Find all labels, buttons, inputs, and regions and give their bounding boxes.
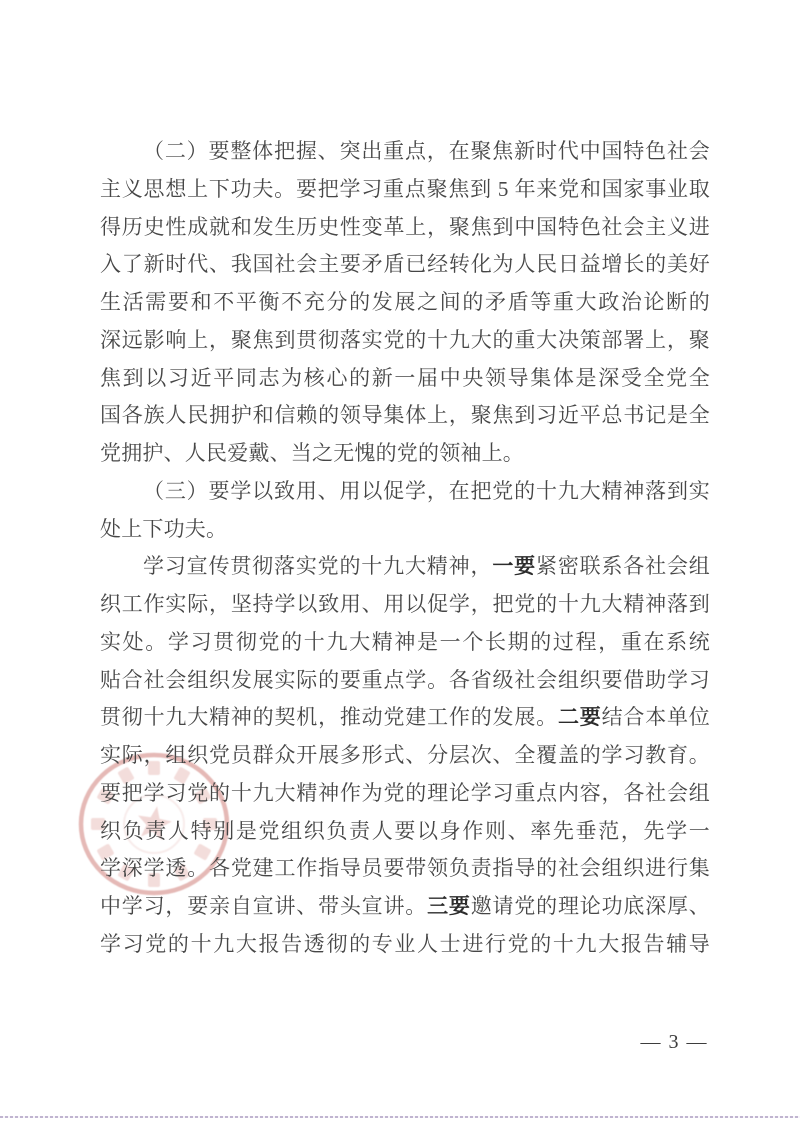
body-text: 学习党的十九大报告透彻的专业人士进行党的十九大报告辅导: [100, 932, 710, 956]
body-text: 实际，组织党员群众开展多形式、分层次、全覆盖的学习教育。: [100, 743, 710, 767]
body-text: 学深学透。各党建工作指导员要带领负责指导的社会组织进行集: [100, 856, 710, 880]
body-text: 处上下功夫。: [100, 517, 227, 541]
body-text: 结合本单位: [602, 705, 710, 729]
text-line: 贴合社会组织发展实际的要重点学。各省级社会组织要借助学习: [100, 662, 710, 700]
text-line: 焦到以习近平同志为核心的新一届中央领导集体是深受全党全: [100, 360, 710, 398]
body-text: 中学习，要亲自宣讲、带头宣讲。: [100, 894, 427, 918]
text-line: 中学习，要亲自宣讲、带头宣讲。三要邀请党的理论功底深厚、: [100, 888, 710, 926]
text-line: 学习宣传贯彻落实党的十九大精神，一要紧密联系各社会组: [100, 548, 710, 586]
body-text: 织负责人特别是党组织负责人要以身作则、率先垂范，先学一步、: [100, 819, 710, 851]
page-number: — 3 —: [641, 1031, 709, 1054]
text-line: 深远影响上，聚焦到贯彻落实党的十九大的重大决策部署上，聚: [100, 322, 710, 360]
body-text: 国各族人民拥护和信赖的领导集体上，聚焦到习近平总书记是全: [100, 403, 710, 427]
body-text: 实处。学习贯彻党的十九大精神是一个长期的过程，重在系统学，: [100, 630, 710, 662]
text-line: 生活需要和不平衡不充分的发展之间的矛盾等重大政治论断的: [100, 284, 710, 322]
body-text: 紧密联系各社会组: [536, 554, 710, 578]
text-line: 主义思想上下功夫。要把学习重点聚焦到 5 年来党和国家事业取: [100, 171, 710, 209]
text-line: 得历史性成就和发生历史性变革上，聚焦到中国特色社会主义进: [100, 209, 710, 247]
text-line: 实际，组织党员群众开展多形式、分层次、全覆盖的学习教育。: [100, 737, 710, 775]
text-line: （三）要学以致用、用以促学，在把党的十九大精神落到实: [100, 473, 710, 511]
text-line: 织工作实际，坚持学以致用、用以促学，把党的十九大精神落到: [100, 586, 710, 624]
text-line: 国各族人民拥护和信赖的领导集体上，聚焦到习近平总书记是全: [100, 397, 710, 435]
text-line: 学深学透。各党建工作指导员要带领负责指导的社会组织进行集: [100, 850, 710, 888]
body-text: 织工作实际，坚持学以致用、用以促学，把党的十九大精神落到: [100, 592, 710, 616]
text-line: （二）要整体把握、突出重点，在聚焦新时代中国特色社会: [100, 133, 710, 171]
text-line: 织负责人特别是党组织负责人要以身作则、率先垂范，先学一步、: [100, 813, 710, 851]
body-text: 学习宣传贯彻落实党的十九大精神，: [143, 554, 492, 578]
text-line: 处上下功夫。: [100, 511, 710, 549]
text-line: 贯彻十九大精神的契机，推动党建工作的发展。二要结合本单位: [100, 699, 710, 737]
body-text: 主义思想上下功夫。要把学习重点聚焦到 5 年来党和国家事业取: [100, 177, 710, 201]
body-text: 焦到以习近平同志为核心的新一届中央领导集体是深受全党全: [100, 366, 710, 390]
body-text: （二）要整体把握、突出重点，在聚焦新时代中国特色社会: [143, 139, 710, 163]
body-text: 贯彻十九大精神的契机，推动党建工作的发展。: [100, 705, 558, 729]
text-line: 党拥护、人民爱戴、当之无愧的党的领袖上。: [100, 435, 710, 473]
body-text: 邀请党的理论功底深厚、: [471, 894, 710, 918]
body-text: （三）要学以致用、用以促学，在把党的十九大精神落到实: [143, 479, 710, 503]
text-line: 学习党的十九大报告透彻的专业人士进行党的十九大报告辅导: [100, 926, 710, 964]
body-text: 入了新时代、我国社会主要矛盾已经转化为人民日益增长的美好: [100, 252, 710, 276]
body-text: 贴合社会组织发展实际的要重点学。各省级社会组织要借助学习: [100, 668, 710, 692]
body-text: 要把学习党的十九大精神作为党的理论学习重点内容，各社会组: [100, 781, 710, 805]
body-text: 深远影响上，聚焦到贯彻落实党的十九大的重大决策部署上，聚: [100, 328, 710, 352]
scan-edge-line: [0, 1116, 800, 1118]
body-text: 党拥护、人民爱戴、当之无愧的党的领袖上。: [100, 441, 524, 465]
text-line: 入了新时代、我国社会主要矛盾已经转化为人民日益增长的美好: [100, 246, 710, 284]
emphasis-text: 二要: [558, 705, 602, 729]
document-text: （二）要整体把握、突出重点，在聚焦新时代中国特色社会主义思想上下功夫。要把学习重…: [100, 133, 710, 964]
text-line: 实处。学习贯彻党的十九大精神是一个长期的过程，重在系统学，: [100, 624, 710, 662]
text-line: 要把学习党的十九大精神作为党的理论学习重点内容，各社会组: [100, 775, 710, 813]
body-text: 生活需要和不平衡不充分的发展之间的矛盾等重大政治论断的: [100, 290, 710, 314]
emphasis-text: 一要: [492, 554, 536, 578]
body-text: 得历史性成就和发生历史性变革上，聚焦到中国特色社会主义进: [100, 215, 710, 239]
emphasis-text: 三要: [427, 894, 471, 918]
scanned-document-page: （二）要整体把握、突出重点，在聚焦新时代中国特色社会主义思想上下功夫。要把学习重…: [0, 0, 800, 1131]
